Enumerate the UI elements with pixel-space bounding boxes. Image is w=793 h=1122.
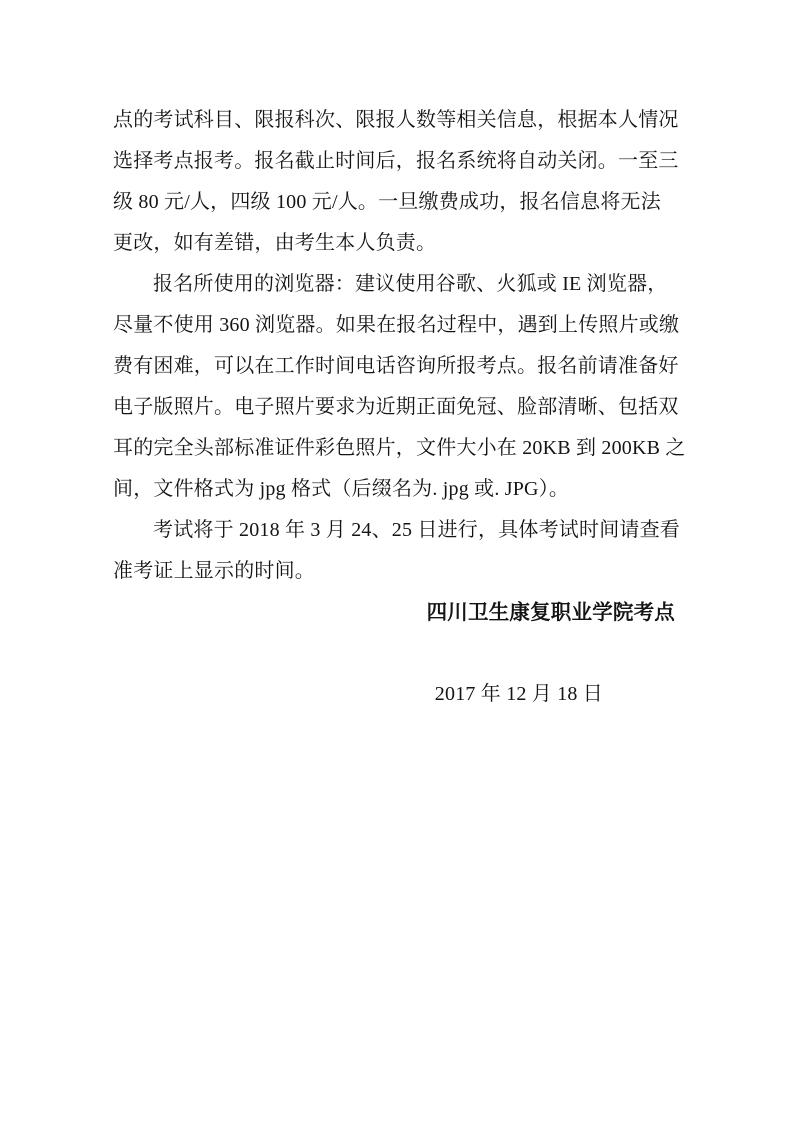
text-line: 尽量不使用 360 浏览器。如果在报名过程中，遇到上传照片或缴 [113,305,675,346]
text-line: 耳的完全头部标准证件彩色照片，文件大小在 20KB 到 200KB 之 [113,428,675,469]
date-line: 2017 年 12 月 18 日 [113,674,675,715]
text-line: 费有困难，可以在工作时间电话咨询所报考点。报名前请准备好 [113,346,675,387]
paragraph-browser-photo: 报名所使用的浏览器：建议使用谷歌、火狐或 IE 浏览器， 尽量不使用 360 浏… [113,264,675,510]
text-line: 准考证上显示的时间。 [113,551,675,592]
text-line: 报名所使用的浏览器：建议使用谷歌、火狐或 IE 浏览器， [113,264,675,305]
text-line: 考试将于 2018 年 3 月 24、25 日进行，具体考试时间请查看 [113,510,675,551]
paragraph-fees: 点的考试科目、限报科次、限报人数等相关信息，根据本人情况 选择考点报考。报名截止… [113,100,675,264]
text-line: 点的考试科目、限报科次、限报人数等相关信息，根据本人情况 [113,100,675,141]
text-line: 更改，如有差错，由考生本人负责。 [113,223,675,264]
text-line: 间，文件格式为 jpg 格式（后缀名为. jpg 或. JPG）。 [113,469,675,510]
signature-line: 四川卫生康复职业学院考点 [113,592,675,633]
text-line: 级 80 元/人，四级 100 元/人。一旦缴费成功，报名信息将无法 [113,182,675,223]
text-line: 电子版照片。电子照片要求为近期正面免冠、脸部清晰、包括双 [113,387,675,428]
blank-line [113,633,675,674]
paragraph-exam-date: 考试将于 2018 年 3 月 24、25 日进行，具体考试时间请查看 准考证上… [113,510,675,592]
text-line: 选择考点报考。报名截止时间后，报名系统将自动关闭。一至三 [113,141,675,182]
document-page: 点的考试科目、限报科次、限报人数等相关信息，根据本人情况 选择考点报考。报名截止… [0,0,793,1122]
document-content: 点的考试科目、限报科次、限报人数等相关信息，根据本人情况 选择考点报考。报名截止… [113,100,675,715]
